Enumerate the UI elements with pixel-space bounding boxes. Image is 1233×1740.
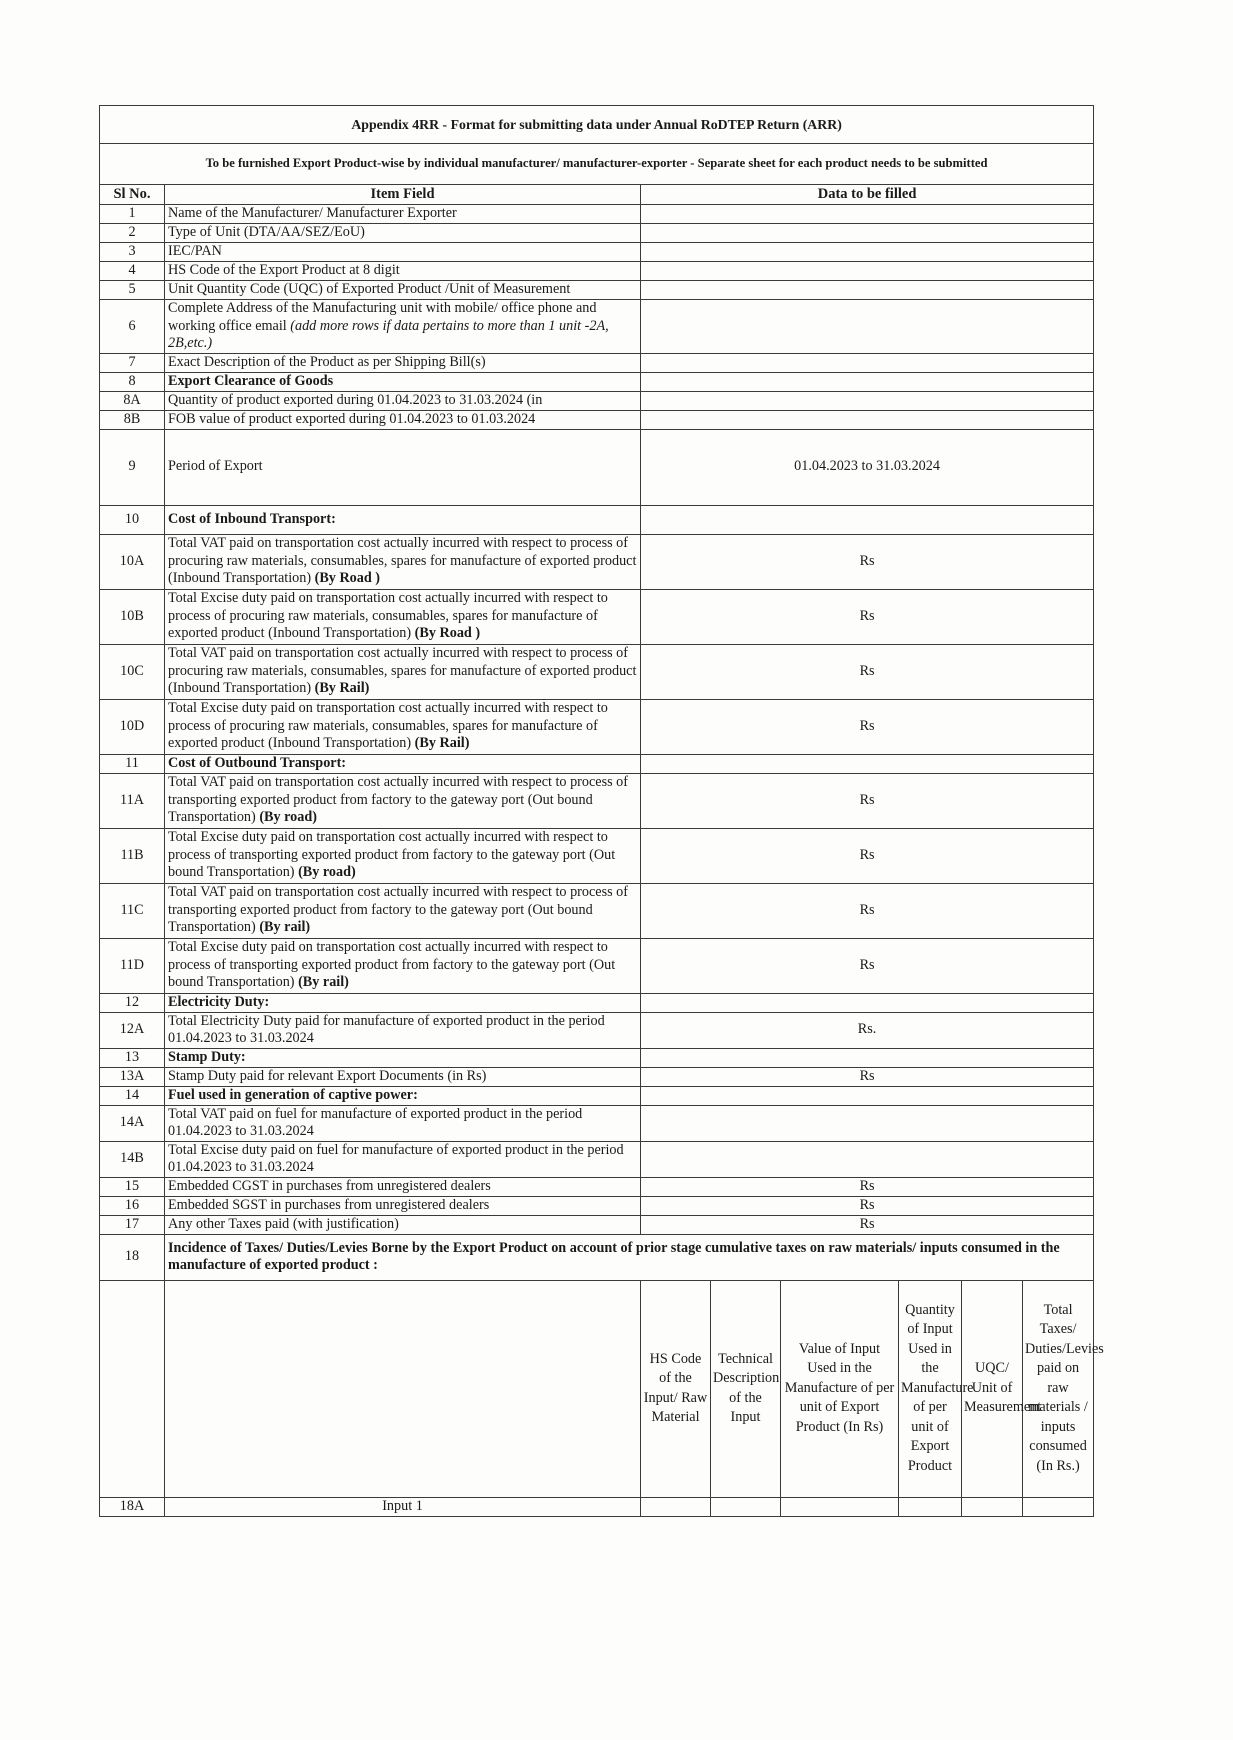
row-sl-number: 8 xyxy=(100,372,165,391)
row-data-field[interactable]: Rs xyxy=(641,883,1094,938)
subcolumn-header: Technical Description of the Input xyxy=(711,1280,781,1497)
row-item-field: Type of Unit (DTA/AA/SEZ/EoU) xyxy=(165,224,641,243)
row-data-field[interactable] xyxy=(641,262,1094,281)
row-item-field: Total Excise duty paid on transportation… xyxy=(165,938,641,993)
table-row: 6Complete Address of the Manufacturing u… xyxy=(100,300,1094,354)
table-row: 10DTotal Excise duty paid on transportat… xyxy=(100,699,1094,754)
input-value-cell[interactable] xyxy=(781,1497,899,1516)
row-sl-number: 5 xyxy=(100,281,165,300)
blank-cell xyxy=(165,1280,641,1497)
section-18-heading-row: 18Incidence of Taxes/ Duties/Levies Born… xyxy=(100,1234,1094,1280)
row-sl-number: 14A xyxy=(100,1105,165,1141)
row-sl-number: 9 xyxy=(100,429,165,505)
row-item-field: Total Excise duty paid on transportation… xyxy=(165,828,641,883)
column-header-row: Sl No. Item Field Data to be filled xyxy=(100,185,1094,205)
form-title: Appendix 4RR - Format for submitting dat… xyxy=(100,106,1094,144)
table-row: 9Period of Export01.04.2023 to 31.03.202… xyxy=(100,429,1094,505)
row-sl-number: 13A xyxy=(100,1067,165,1086)
row-sl-number: 11B xyxy=(100,828,165,883)
table-row: 1Name of the Manufacturer/ Manufacturer … xyxy=(100,205,1094,224)
row-sl-number: 11D xyxy=(100,938,165,993)
transport-mode: (By rail) xyxy=(298,974,349,990)
row-data-field[interactable] xyxy=(641,505,1094,534)
row-data-field[interactable] xyxy=(641,224,1094,243)
row-sl-number: 2 xyxy=(100,224,165,243)
table-row: 11BTotal Excise duty paid on transportat… xyxy=(100,828,1094,883)
row-item-field: HS Code of the Export Product at 8 digit xyxy=(165,262,641,281)
transport-mode: (By Rail) xyxy=(315,680,370,696)
row-data-field[interactable]: Rs xyxy=(641,1067,1094,1086)
row-sl-number: 12 xyxy=(100,993,165,1012)
row-data-field[interactable]: Rs xyxy=(641,1215,1094,1234)
row-item-field: Total Excise duty paid on fuel for manuf… xyxy=(165,1141,641,1177)
row-data-field[interactable] xyxy=(641,372,1094,391)
row-item-field: Period of Export xyxy=(165,429,641,505)
row-sl-number: 10D xyxy=(100,699,165,754)
row-item-field: Embedded CGST in purchases from unregist… xyxy=(165,1177,641,1196)
table-row: 7Exact Description of the Product as per… xyxy=(100,353,1094,372)
table-row: 10BTotal Excise duty paid on transportat… xyxy=(100,589,1094,644)
row-data-field[interactable]: 01.04.2023 to 31.03.2024 xyxy=(641,429,1094,505)
column-header-sl: Sl No. xyxy=(100,185,165,205)
row-sl-number: 11C xyxy=(100,883,165,938)
row-sl-number: 13 xyxy=(100,1048,165,1067)
row-item-field: Total VAT paid on transportation cost ac… xyxy=(165,773,641,828)
row-data-field[interactable]: Rs xyxy=(641,534,1094,589)
row-sl-number: 11 xyxy=(100,754,165,773)
table-row: 15Embedded CGST in purchases from unregi… xyxy=(100,1177,1094,1196)
row-item-field: Total Excise duty paid on transportation… xyxy=(165,589,641,644)
row-sl-number: 16 xyxy=(100,1196,165,1215)
table-row: 12ATotal Electricity Duty paid for manuf… xyxy=(100,1012,1094,1048)
row-sl-number: 11A xyxy=(100,773,165,828)
row-data-field[interactable]: Rs xyxy=(641,589,1094,644)
transport-mode: (By rail) xyxy=(259,919,310,935)
transport-mode: (By Road ) xyxy=(415,625,480,641)
subcolumn-header: Value of Input Used in the Manufacture o… xyxy=(781,1280,899,1497)
row-data-field[interactable] xyxy=(641,205,1094,224)
row-data-field[interactable] xyxy=(641,1086,1094,1105)
row-item-field: Embedded SGST in purchases from unregist… xyxy=(165,1196,641,1215)
row-item-field: Fuel used in generation of captive power… xyxy=(165,1086,641,1105)
table-row: 10CTotal VAT paid on transportation cost… xyxy=(100,644,1094,699)
table-row: 10ATotal VAT paid on transportation cost… xyxy=(100,534,1094,589)
row-sl-number: 14B xyxy=(100,1141,165,1177)
row-sl-number: 17 xyxy=(100,1215,165,1234)
row-sl-number: 18 xyxy=(100,1234,165,1280)
item-note: (add more rows if data pertains to more … xyxy=(168,318,609,352)
row-item-field: Total VAT paid on transportation cost ac… xyxy=(165,644,641,699)
input-value-cell[interactable] xyxy=(899,1497,962,1516)
row-sl-number: 12A xyxy=(100,1012,165,1048)
table-row: 17Any other Taxes paid (with justificati… xyxy=(100,1215,1094,1234)
input-value-cell[interactable] xyxy=(641,1497,711,1516)
row-sl-number: 14 xyxy=(100,1086,165,1105)
row-item-field: Total VAT paid on transportation cost ac… xyxy=(165,883,641,938)
row-sl-number: 10C xyxy=(100,644,165,699)
row-sl-number: 15 xyxy=(100,1177,165,1196)
subcolumn-header: Quantity of Input Used in the Manufactur… xyxy=(899,1280,962,1497)
row-item-field: FOB value of product exported during 01.… xyxy=(165,410,641,429)
row-item-field: Total Electricity Duty paid for manufact… xyxy=(165,1012,641,1048)
transport-mode: (By road) xyxy=(298,864,356,880)
row-data-field[interactable]: Rs. xyxy=(641,1012,1094,1048)
table-row: 8Export Clearance of Goods xyxy=(100,372,1094,391)
table-row: 4HS Code of the Export Product at 8 digi… xyxy=(100,262,1094,281)
row-data-field[interactable]: Rs xyxy=(641,1196,1094,1215)
subcolumn-header: Total Taxes/ Duties/Levies paid on raw m… xyxy=(1023,1280,1094,1497)
row-data-field[interactable] xyxy=(641,754,1094,773)
table-row: 11Cost of Outbound Transport: xyxy=(100,754,1094,773)
row-data-field[interactable]: Rs xyxy=(641,1177,1094,1196)
section-18-heading: Incidence of Taxes/ Duties/Levies Borne … xyxy=(165,1234,1094,1280)
row-data-field[interactable] xyxy=(641,243,1094,262)
table-row: 14Fuel used in generation of captive pow… xyxy=(100,1086,1094,1105)
row-item-field: Exact Description of the Product as per … xyxy=(165,353,641,372)
table-row: 11CTotal VAT paid on transportation cost… xyxy=(100,883,1094,938)
row-item-field: Name of the Manufacturer/ Manufacturer E… xyxy=(165,205,641,224)
row-sl-number: 7 xyxy=(100,353,165,372)
row-data-field[interactable] xyxy=(641,993,1094,1012)
input-row: 18AInput 1 xyxy=(100,1497,1094,1516)
row-sl-number: 8B xyxy=(100,410,165,429)
row-sl-number: 10 xyxy=(100,505,165,534)
row-item-field: Unit Quantity Code (UQC) of Exported Pro… xyxy=(165,281,641,300)
row-data-field[interactable] xyxy=(641,1141,1094,1177)
table-row: 16Embedded SGST in purchases from unregi… xyxy=(100,1196,1094,1215)
row-item-field: Cost of Inbound Transport: xyxy=(165,505,641,534)
input-name: Input 1 xyxy=(165,1497,641,1516)
row-item-field: Cost of Outbound Transport: xyxy=(165,754,641,773)
column-header-item: Item Field xyxy=(165,185,641,205)
input-value-cell[interactable] xyxy=(711,1497,781,1516)
row-sl-number: 8A xyxy=(100,391,165,410)
table-row: 12Electricity Duty: xyxy=(100,993,1094,1012)
section-18-subheader-row: HS Code of the Input/ Raw MaterialTechni… xyxy=(100,1280,1094,1497)
table-row: 11DTotal Excise duty paid on transportat… xyxy=(100,938,1094,993)
row-item-field: Quantity of product exported during 01.0… xyxy=(165,391,641,410)
transport-mode: (By Rail) xyxy=(415,735,470,751)
row-data-field[interactable] xyxy=(641,300,1094,354)
table-row: 8AQuantity of product exported during 01… xyxy=(100,391,1094,410)
row-sl-number: 1 xyxy=(100,205,165,224)
table-row: 8BFOB value of product exported during 0… xyxy=(100,410,1094,429)
table-row: 2Type of Unit (DTA/AA/SEZ/EoU) xyxy=(100,224,1094,243)
table-row: 13Stamp Duty: xyxy=(100,1048,1094,1067)
row-item-field: Stamp Duty: xyxy=(165,1048,641,1067)
input-value-cell[interactable] xyxy=(962,1497,1023,1516)
row-sl-number: 10A xyxy=(100,534,165,589)
transport-mode: (By road) xyxy=(259,809,317,825)
row-item-field: IEC/PAN xyxy=(165,243,641,262)
table-row: 5Unit Quantity Code (UQC) of Exported Pr… xyxy=(100,281,1094,300)
table-row: 14BTotal Excise duty paid on fuel for ma… xyxy=(100,1141,1094,1177)
row-data-field[interactable] xyxy=(641,1105,1094,1141)
row-item-field: Total VAT paid on transportation cost ac… xyxy=(165,534,641,589)
row-data-field[interactable]: Rs xyxy=(641,773,1094,828)
row-data-field[interactable] xyxy=(641,353,1094,372)
row-data-field[interactable] xyxy=(641,1048,1094,1067)
row-data-field[interactable] xyxy=(641,391,1094,410)
row-sl-number: 10B xyxy=(100,589,165,644)
subcolumn-header: HS Code of the Input/ Raw Material xyxy=(641,1280,711,1497)
arr-form-table: Appendix 4RR - Format for submitting dat… xyxy=(99,105,1094,1517)
table-row: 3IEC/PAN xyxy=(100,243,1094,262)
row-data-field[interactable]: Rs xyxy=(641,699,1094,754)
row-item-field: Any other Taxes paid (with justification… xyxy=(165,1215,641,1234)
table-row: 11ATotal VAT paid on transportation cost… xyxy=(100,773,1094,828)
row-data-field[interactable]: Rs xyxy=(641,644,1094,699)
row-sl-number: 6 xyxy=(100,300,165,354)
table-row: 14ATotal VAT paid on fuel for manufactur… xyxy=(100,1105,1094,1141)
table-row: 10Cost of Inbound Transport: xyxy=(100,505,1094,534)
row-item-field: Stamp Duty paid for relevant Export Docu… xyxy=(165,1067,641,1086)
row-data-field[interactable] xyxy=(641,410,1094,429)
form-subtitle: To be furnished Export Product-wise by i… xyxy=(100,144,1094,185)
row-item-field: Complete Address of the Manufacturing un… xyxy=(165,300,641,354)
row-data-field[interactable]: Rs xyxy=(641,828,1094,883)
row-item-field: Export Clearance of Goods xyxy=(165,372,641,391)
row-data-field[interactable]: Rs xyxy=(641,938,1094,993)
row-sl-number: 3 xyxy=(100,243,165,262)
input-value-cell[interactable] xyxy=(1023,1497,1094,1516)
column-header-data: Data to be filled xyxy=(641,185,1094,205)
row-data-field[interactable] xyxy=(641,281,1094,300)
document-page: Appendix 4RR - Format for submitting dat… xyxy=(0,0,1233,1740)
table-row: 13AStamp Duty paid for relevant Export D… xyxy=(100,1067,1094,1086)
row-sl-number: 4 xyxy=(100,262,165,281)
row-sl-number: 18A xyxy=(100,1497,165,1516)
transport-mode: (By Road ) xyxy=(315,570,380,586)
blank-cell xyxy=(100,1280,165,1497)
row-item-field: Electricity Duty: xyxy=(165,993,641,1012)
row-item-field: Total VAT paid on fuel for manufacture o… xyxy=(165,1105,641,1141)
row-item-field: Total Excise duty paid on transportation… xyxy=(165,699,641,754)
